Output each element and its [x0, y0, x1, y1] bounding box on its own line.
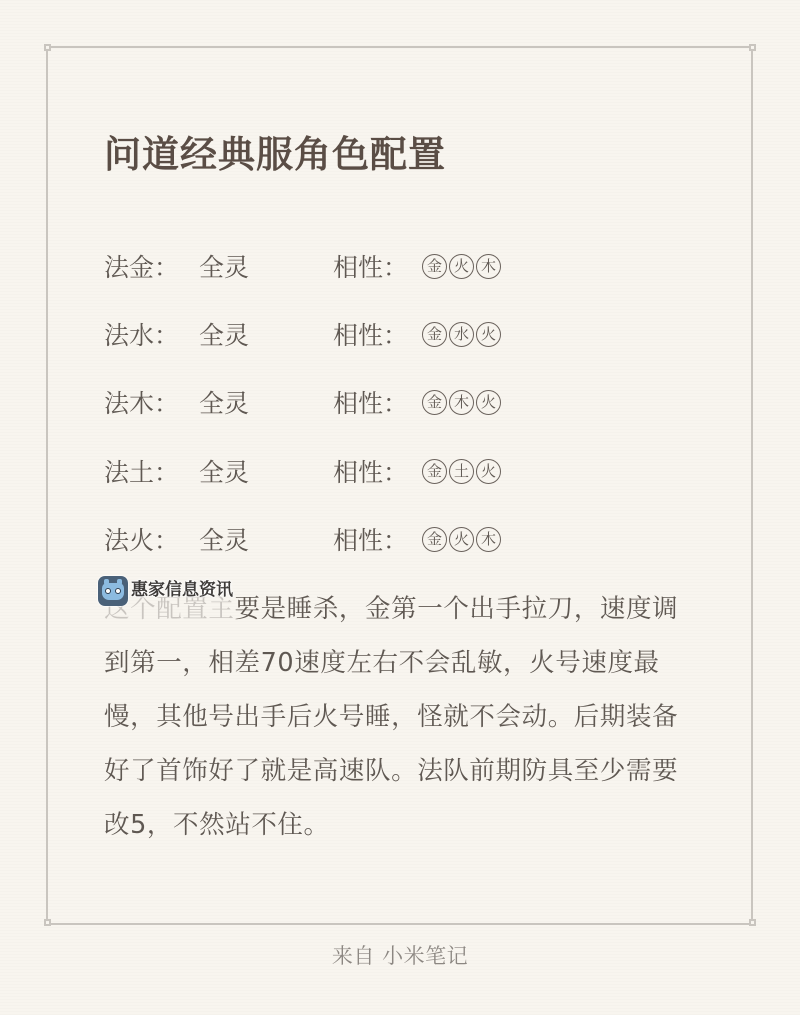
robot-app-icon [98, 576, 128, 606]
role-row-huo: 法火： 全灵 相性： 金 火 木 [104, 523, 704, 559]
attribute-icons: 金 木 火 [422, 390, 501, 415]
role-label: 法土： [104, 455, 179, 491]
circled-element-icon: 木 [449, 390, 474, 415]
watermark: 惠家信息资讯 [98, 576, 233, 606]
frame-left-line [46, 50, 48, 921]
circled-element-icon: 金 [422, 254, 447, 279]
circled-element-icon: 土 [449, 459, 474, 484]
role-value: 全灵 [199, 250, 249, 286]
attribute-label: 相性： [333, 250, 408, 286]
role-row-tu: 法土： 全灵 相性： 金 土 火 [104, 455, 704, 491]
attribute-icons: 金 火 木 [422, 527, 501, 552]
circled-element-icon: 火 [476, 459, 501, 484]
role-label: 法金： [104, 250, 179, 286]
role-row-jin: 法金： 全灵 相性： 金 火 木 [104, 250, 704, 286]
circled-element-icon: 金 [422, 322, 447, 347]
attribute-icons: 金 水 火 [422, 322, 501, 347]
attribute-label: 相性： [333, 523, 408, 559]
source-footer: 来自 小米笔记 [0, 940, 800, 970]
circled-element-icon: 金 [422, 390, 447, 415]
role-value: 全灵 [199, 318, 249, 354]
attribute-icons: 金 火 木 [422, 254, 501, 279]
attribute-icons: 金 土 火 [422, 459, 501, 484]
circled-element-icon: 水 [449, 322, 474, 347]
circled-element-icon: 金 [422, 527, 447, 552]
circled-element-icon: 火 [476, 322, 501, 347]
role-row-mu: 法木： 全灵 相性： 金 木 火 [104, 386, 704, 422]
frame-bottom-line [50, 923, 750, 925]
role-label: 法火： [104, 523, 179, 559]
circled-element-icon: 木 [476, 254, 501, 279]
circled-element-icon: 火 [449, 527, 474, 552]
role-row-shui: 法水： 全灵 相性： 金 水 火 [104, 318, 704, 354]
role-value: 全灵 [199, 523, 249, 559]
paragraph-text: 要是睡杀，金第一个出手拉刀，速度调到第一，相差70速度左右不会乱敏，火号速度最慢… [104, 594, 678, 840]
circled-element-icon: 火 [476, 390, 501, 415]
circled-element-icon: 火 [449, 254, 474, 279]
circled-element-icon: 木 [476, 527, 501, 552]
watermark-text: 惠家信息资讯 [131, 575, 233, 600]
description-paragraph: 这个配置主要是睡杀，金第一个出手拉刀，速度调到第一，相差70速度左右不会乱敏，火… [104, 582, 704, 852]
role-value: 全灵 [199, 386, 249, 422]
role-label: 法木： [104, 386, 179, 422]
frame-right-line [751, 50, 753, 921]
frame-top-line [50, 46, 750, 48]
attribute-label: 相性： [333, 455, 408, 491]
role-value: 全灵 [199, 455, 249, 491]
page-title: 问道经典服角色配置 [104, 130, 446, 180]
role-label: 法水： [104, 318, 179, 354]
attribute-label: 相性： [333, 386, 408, 422]
circled-element-icon: 金 [422, 459, 447, 484]
attribute-label: 相性： [333, 318, 408, 354]
